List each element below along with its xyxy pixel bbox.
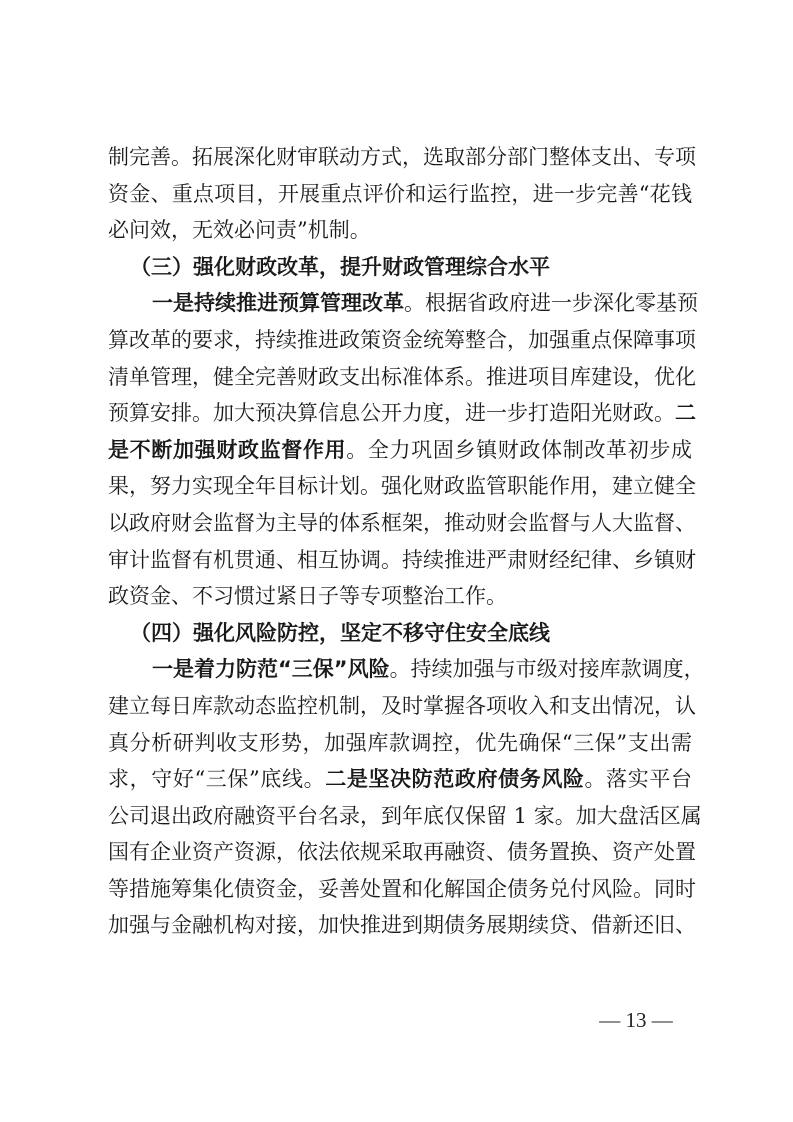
text-segment: 。全力巩固乡镇财政体制改革初步成 <box>346 438 692 462</box>
text-segment: 果，努力实现全年目标计划。强化财政监管职能作用，建立健全 <box>108 474 696 498</box>
text-segment: 建立每日库款动态监控机制，及时掌握各项收入和支出情况，认 <box>108 694 696 718</box>
text-line: 一是着力防范“三保”风险。持续加强与市级对接库款调度， <box>108 651 692 688</box>
text-line: 预算安排。加大预决算信息公开力度，进一步打造阳光财政。二 <box>108 395 692 432</box>
text-line: 以政府财会监督为主导的体系框架，推动财会监督与人大监督、 <box>108 505 692 542</box>
document-body: 制完善。拓展深化财审联动方式，选取部分部门整体支出、专项 资金、重点项目，开展重… <box>108 139 692 944</box>
bold-lead-phrase: 二是坚决防范政府债务风险 <box>325 767 584 791</box>
text-segment: 审计监督有机贯通、相互协调。持续推进严肃财经纪律、乡镇财 <box>108 548 696 572</box>
text-segment: 算改革的要求，持续推进政策资金统筹整合，加强重点保障事项 <box>108 328 696 352</box>
text-segment: 预算安排。加大预决算信息公开力度，进一步打造阳光财政。 <box>108 401 675 425</box>
bold-lead-phrase: 一是持续推进预算管理改革 <box>152 291 404 315</box>
bold-lead-phrase: 二 <box>675 401 696 425</box>
page-number: — 13 — <box>596 1008 676 1033</box>
text-segment: 求，守好“三保”底线。 <box>108 767 325 791</box>
text-line: 是不断加强财政监督作用。全力巩固乡镇财政体制改革初步成 <box>108 432 692 469</box>
text-line: 一是持续推进预算管理改革。根据省政府进一步深化零基预 <box>108 285 692 322</box>
text-segment: 。落实平台 <box>585 767 692 791</box>
text-segment: 国有企业资产资源，依法依规采取再融资、债务置换、资产处置 <box>108 840 696 864</box>
text-line: 等措施筹集化债资金，妥善处置和化解国企债务兑付风险。同时 <box>108 871 692 908</box>
text-segment: 以政府财会监督为主导的体系框架，推动财会监督与人大监督、 <box>108 511 696 535</box>
text-line: 加强与金融机构对接，加快推进到期债务展期续贷、借新还旧、 <box>108 907 692 944</box>
section-heading-3: （三）强化财政改革，提升财政管理综合水平 <box>108 249 692 286</box>
text-line: 公司退出政府融资平台名录，到年底仅保留 1 家。加大盘活区属 <box>108 798 692 835</box>
text-segment: 加强与金融机构对接，加快推进到期债务展期续贷、借新还旧、 <box>108 913 696 937</box>
text-line: 建立每日库款动态监控机制，及时掌握各项收入和支出情况，认 <box>108 688 692 725</box>
text-line: 真分析研判收支形势，加强库款调控，优先确保“三保”支出需 <box>108 725 692 762</box>
text-segment: 。持续加强与市级对接库款调度， <box>390 657 705 681</box>
text-line: 政资金、不习惯过紧日子等专项整治工作。 <box>108 578 692 615</box>
section-heading-4: （四）强化风险防控，坚定不移守住安全底线 <box>108 615 692 652</box>
text-line: 资金、重点项目，开展重点评价和运行监控，进一步完善“花钱 <box>108 176 692 213</box>
text-segment: 必问效，无效必问责”机制。 <box>108 218 371 242</box>
text-line: 审计监督有机贯通、相互协调。持续推进严肃财经纪律、乡镇财 <box>108 542 692 579</box>
text-segment: 等措施筹集化债资金，妥善处置和化解国企债务兑付风险。同时 <box>108 877 696 901</box>
text-segment: 公司退出政府融资平台名录，到年底仅保留 1 家。加大盘活区属 <box>108 804 702 828</box>
text-line: 果，努力实现全年目标计划。强化财政监管职能作用，建立健全 <box>108 468 692 505</box>
text-line: 求，守好“三保”底线。二是坚决防范政府债务风险。落实平台 <box>108 761 692 798</box>
text-line: 必问效，无效必问责”机制。 <box>108 212 692 249</box>
text-segment: 。根据省政府进一步深化零基预 <box>404 291 698 315</box>
text-segment: 资金、重点项目，开展重点评价和运行监控，进一步完善“花钱 <box>108 182 692 206</box>
text-segment: 制完善。拓展深化财审联动方式，选取部分部门整体支出、专项 <box>108 145 696 169</box>
bold-lead-phrase: 一是着力防范“三保”风险 <box>152 657 390 681</box>
text-segment: 政资金、不习惯过紧日子等专项整治工作。 <box>108 584 507 608</box>
text-line: 清单管理，健全完善财政支出标准体系。推进项目库建设，优化 <box>108 359 692 396</box>
text-line: 算改革的要求，持续推进政策资金统筹整合，加强重点保障事项 <box>108 322 692 359</box>
bold-lead-phrase: 是不断加强财政监督作用 <box>108 438 346 462</box>
text-segment: 清单管理，健全完善财政支出标准体系。推进项目库建设，优化 <box>108 365 696 389</box>
text-segment: 真分析研判收支形势，加强库款调控，优先确保“三保”支出需 <box>108 731 692 755</box>
text-line: 制完善。拓展深化财审联动方式，选取部分部门整体支出、专项 <box>108 139 692 176</box>
text-line: 国有企业资产资源，依法依规采取再融资、债务置换、资产处置 <box>108 834 692 871</box>
